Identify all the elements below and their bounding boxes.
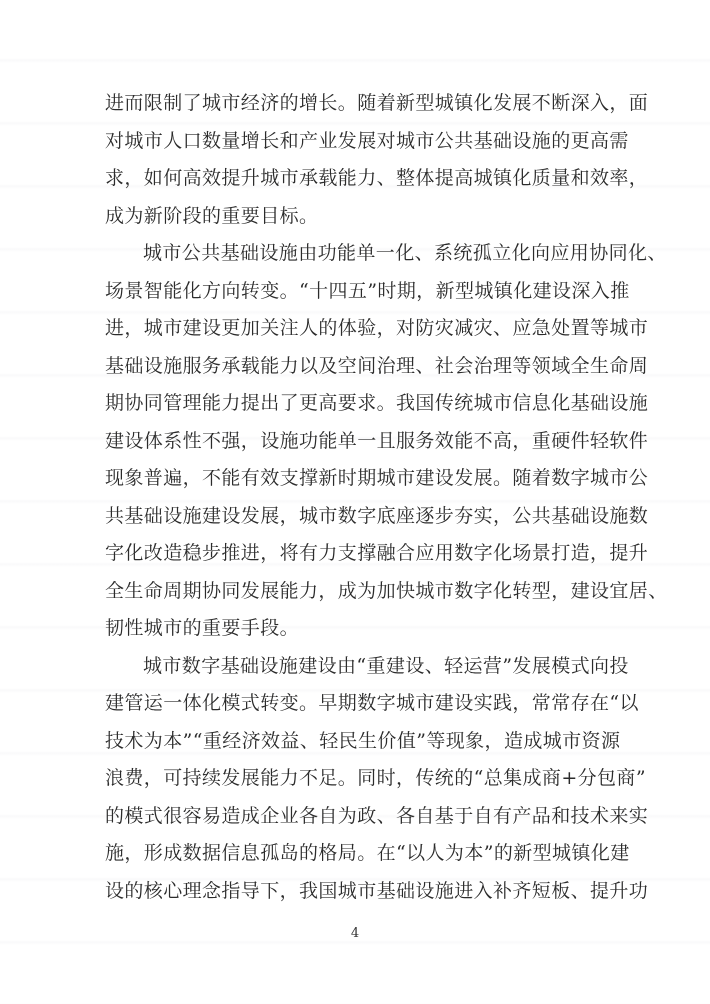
paragraph-1: 进而限制了城市经济的增长。随着新型城镇化发展不断深入，面 对城市人口数量增长和产… <box>105 85 633 235</box>
text-line: 基础设施服务承载能力以及空间治理、社会治理等领域全生命周 <box>105 348 633 386</box>
text-line: 字化改造稳步推进，将有力支撑融合应用数字化场景打造，提升 <box>105 535 633 573</box>
text-line: 全生命周期协同发展能力，成为加快城市数字化转型，建设宜居、 <box>105 573 633 611</box>
text-line: 进而限制了城市经济的增长。随着新型城镇化发展不断深入，面 <box>105 85 633 123</box>
page-body-text: 进而限制了城市经济的增长。随着新型城镇化发展不断深入，面 对城市人口数量增长和产… <box>105 85 633 910</box>
page-footer: 4 <box>0 922 710 942</box>
text-line: 建设体系性不强，设施功能单一且服务效能不高，重硬件轻软件 <box>105 423 633 461</box>
text-line: 现象普遍，不能有效支撑新时期城市建设发展。随着数字城市公 <box>105 460 633 498</box>
text-line: 施，形成数据信息孤岛的格局。在“以人为本”的新型城镇化建 <box>105 835 633 873</box>
document-page: 进而限制了城市经济的增长。随着新型城镇化发展不断深入，面 对城市人口数量增长和产… <box>0 0 710 1004</box>
paragraph-2: 城市公共基础设施由功能单一化、系统孤立化向应用协同化、 场景智能化方向转变。“十… <box>105 235 633 648</box>
text-line: 设的核心理念指导下，我国城市基础设施进入补齐短板、提升功 <box>105 873 633 911</box>
text-line: 建管运一体化模式转变。早期数字城市建设实践，常常存在“以 <box>105 685 633 723</box>
text-line: 城市公共基础设施由功能单一化、系统孤立化向应用协同化、 <box>105 235 633 273</box>
paragraph-3: 城市数字基础设施建设由“重建设、轻运营”发展模式向投 建管运一体化模式转变。早期… <box>105 648 633 911</box>
text-line: 共基础设施建设发展，城市数字底座逐步夯实，公共基础设施数 <box>105 498 633 536</box>
text-line: 技术为本”“重经济效益、轻民生价值”等现象，造成城市资源 <box>105 723 633 761</box>
text-line: 对城市人口数量增长和产业发展对城市公共基础设施的更高需 <box>105 123 633 161</box>
text-line: 浪费，可持续发展能力不足。同时，传统的“总集成商+分包商” <box>105 760 633 798</box>
text-line: 期协同管理能力提出了更高要求。我国传统城市信息化基础设施 <box>105 385 633 423</box>
text-line: 韧性城市的重要手段。 <box>105 610 633 648</box>
text-line: 求，如何高效提升城市承载能力、整体提高城镇化质量和效率， <box>105 160 633 198</box>
text-line: 成为新阶段的重要目标。 <box>105 198 633 236</box>
text-line: 城市数字基础设施建设由“重建设、轻运营”发展模式向投 <box>105 648 633 686</box>
page-number: 4 <box>351 926 359 942</box>
text-line: 进，城市建设更加关注人的体验，对防灾减灾、应急处置等城市 <box>105 310 633 348</box>
text-line: 的模式很容易造成企业各自为政、各自基于自有产品和技术来实 <box>105 798 633 836</box>
text-line: 场景智能化方向转变。“十四五”时期，新型城镇化建设深入推 <box>105 273 633 311</box>
